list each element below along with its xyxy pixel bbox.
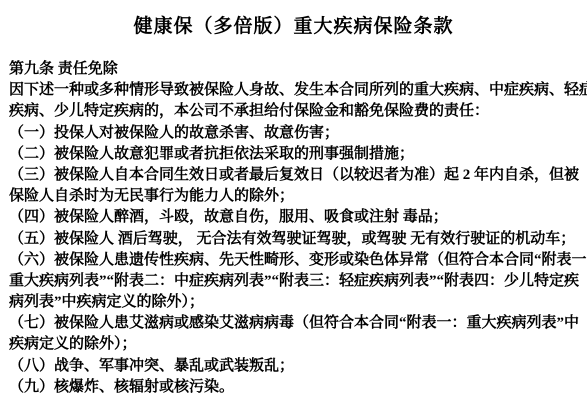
clause-line-4: （四）被保险人醉酒，斗殴，故意自伤，服用、吸食或注射 毒品； bbox=[9, 207, 581, 228]
clause-line-5: （五）被保险人 酒后驾驶， 无合法有效驾驶证驾驶，或驾驶 无有效行驶证的机动车； bbox=[9, 229, 581, 250]
document-body: 第九条 责任免除 因下述一种或多种情形导致被保险人身故、发生本合同所列的重大疾病… bbox=[9, 59, 581, 397]
clause-line-2: （二）被保险人故意犯罪或者抗拒依法采取的刑事强制措施； bbox=[9, 144, 581, 165]
clause-line-9: （九）核爆炸、核辐射或核污染。 bbox=[9, 377, 581, 397]
clause-line-6: （六）被保险人患遗传性疾病、先天性畸形、变形或染色体异常（但符合本合同“附表一： bbox=[9, 250, 581, 271]
clause-line-6-cont-1: 重大疾病列表”“附表二：中症疾病列表”“附表三：轻症疾病列表”“附表四：少儿特定… bbox=[9, 271, 581, 292]
clause-line-3: （三）被保险人自本合同生效日或者最后复效日（以较迟者为准）起 2 年内自杀，但被 bbox=[9, 165, 581, 186]
clause-line-8: （八）战争、军事冲突、暴乱或武装叛乱； bbox=[9, 356, 581, 377]
clause-line-6-cont-2: 病列表”中疾病定义的除外）； bbox=[9, 292, 581, 313]
section-heading: 第九条 责任免除 bbox=[9, 59, 581, 80]
clause-line-3-cont: 保险人自杀时为无民事行为能力人的除外； bbox=[9, 186, 581, 207]
body-line-1: 因下述一种或多种情形导致被保险人身故、发生本合同所列的重大疾病、中症疾病、轻症 bbox=[9, 80, 581, 101]
clause-line-1: （一）投保人对被保险人的故意杀害、故意伤害； bbox=[9, 123, 581, 144]
body-line-2: 疾病、少儿特定疾病的，本公司不承担给付保险金和豁免保险费的责任： bbox=[9, 101, 581, 122]
document-title: 健康保（多倍版）重大疾病保险条款 bbox=[0, 11, 587, 38]
document-page: 健康保（多倍版）重大疾病保险条款 第九条 责任免除 因下述一种或多种情形导致被保… bbox=[0, 0, 587, 397]
clause-line-7-cont: 疾病定义的除外）； bbox=[9, 334, 581, 355]
clause-line-7: （七）被保险人患艾滋病或感染艾滋病病毒（但符合本合同“附表一：重大疾病列表”中 bbox=[9, 313, 581, 334]
